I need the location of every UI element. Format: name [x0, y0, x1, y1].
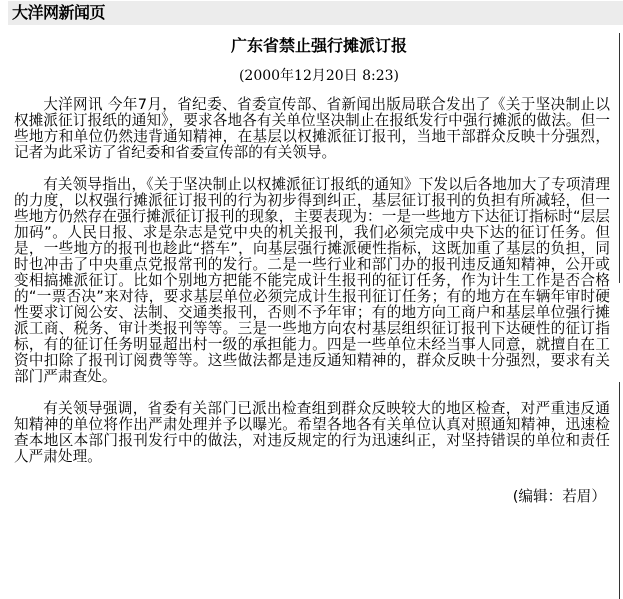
site-name: 大洋网新闻页 [12, 3, 105, 23]
editor-credit: (编辑：若眉） [14, 489, 606, 505]
right-border-line [619, 33, 620, 283]
site-header: 大洋网新闻页 [8, 1, 623, 25]
article-title: 广东省禁止强行摊派订报 [14, 36, 610, 56]
article-paragraph: 有关领导强调，省委有关部门已派出检查组到群众反映较大的地区检查，对严重违反通知精… [14, 401, 610, 465]
article-body: 广东省禁止强行摊派订报 (2000年12月20日 8:23) 大洋网讯 今年7月… [14, 30, 610, 505]
article-date: (2000年12月20日 8:23) [14, 67, 610, 85]
article-paragraph: 大洋网讯 今年7月，省纪委、省委宣传部、省新闻出版局联合发出了《关于坚决制止以权… [14, 97, 610, 161]
right-border-line [619, 382, 620, 599]
article-paragraph: 有关领导指出，《关于坚决制止以权摊派征订报纸的通知》下发以后各地加大了专项清理的… [14, 177, 610, 385]
